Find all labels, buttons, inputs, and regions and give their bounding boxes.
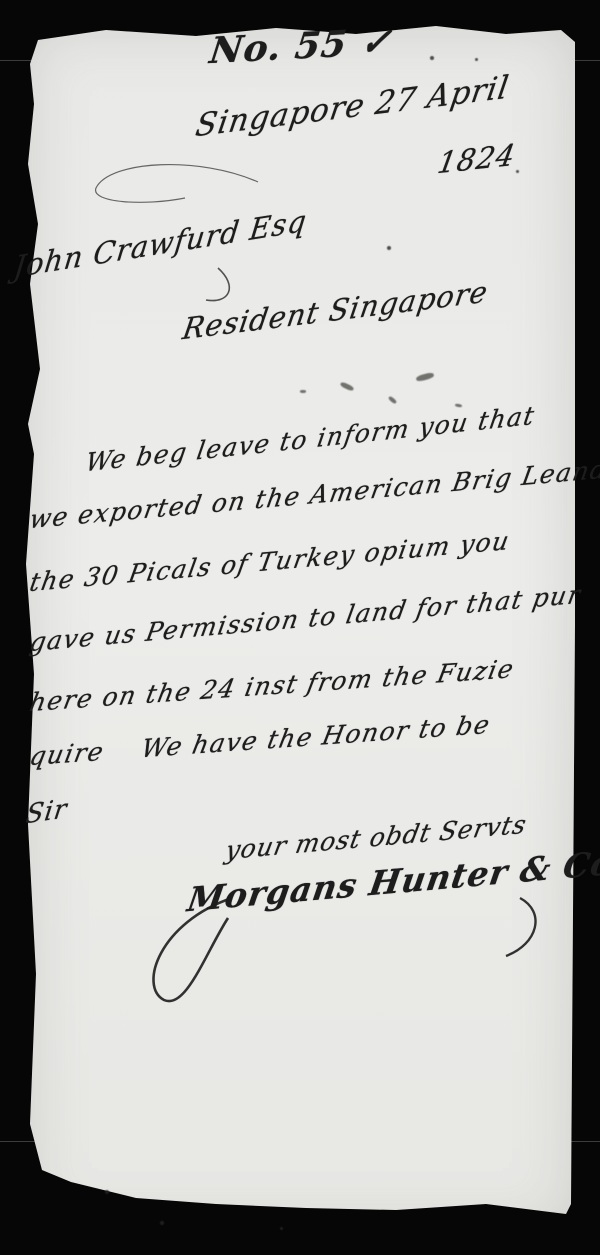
document-scan: No. 55 ✓ Singapore 27 April 1824 John Cr… <box>0 0 600 1255</box>
ink-speck <box>516 170 519 173</box>
ink-speck <box>430 56 434 60</box>
ink-speck <box>475 58 478 61</box>
ink-speck <box>160 1221 164 1225</box>
salutation: Sir <box>24 794 70 831</box>
ink-speck <box>280 1227 283 1230</box>
ink-speck <box>387 246 391 250</box>
ink-smudge <box>300 390 306 393</box>
ink-speck <box>105 1190 109 1194</box>
